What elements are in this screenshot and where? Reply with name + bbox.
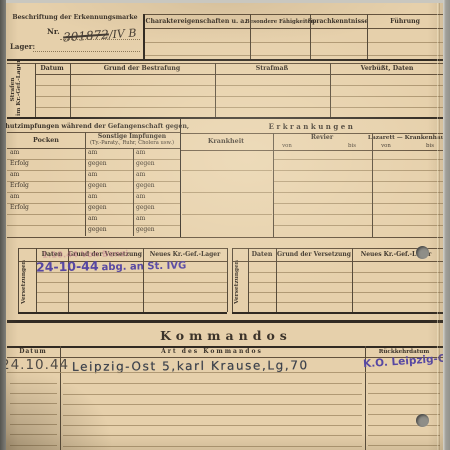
rule	[36, 292, 227, 293]
kommando-art-entry: Leipzig-Ost 5,karl Krause,Lg,70	[72, 358, 309, 374]
col-datum: Datum	[19, 349, 47, 356]
col-daten-right: Daten	[252, 252, 273, 259]
col-charakter: Charaktereigenschaften u. a.	[146, 19, 247, 26]
rule	[330, 63, 331, 117]
rule	[10, 403, 57, 404]
rule	[18, 248, 19, 312]
rule	[70, 63, 71, 117]
rule	[274, 203, 443, 204]
impfung-cell: am	[10, 150, 19, 157]
nr-handwritten-value: 301872/IV B	[62, 22, 136, 45]
rule	[10, 434, 57, 435]
impfung-cell: gegen	[136, 183, 155, 190]
punch-hole-bottom	[416, 414, 429, 427]
rule	[7, 63, 444, 64]
rule	[35, 96, 444, 97]
versetzungen-side-label-left: Versetzungen	[21, 253, 27, 311]
rule	[368, 425, 440, 426]
col-faehigkeiten: Besondere Fähigkeiten	[245, 19, 315, 25]
rule	[143, 14, 444, 15]
col-verbuesst: Verbüßt, Daten	[361, 66, 414, 73]
rule	[274, 214, 443, 215]
rule	[274, 159, 443, 160]
rule	[368, 383, 440, 384]
rule	[372, 133, 373, 237]
impfung-cell: am	[88, 194, 97, 201]
impfung-cell: Erfolg	[10, 205, 29, 212]
col-sonstige-sub: (Ty.-Paraty., Ruhr, Cholera usw.)	[90, 141, 174, 147]
col-grund-versetzung-right: Grund der Versetzung	[277, 252, 351, 259]
rule	[63, 394, 362, 395]
lazarett-von-label: von	[381, 143, 391, 149]
rule	[7, 170, 180, 171]
rule	[143, 28, 444, 29]
rule	[367, 14, 368, 59]
rule	[63, 425, 362, 426]
rule	[7, 237, 444, 239]
col-datum: Datum	[40, 66, 63, 73]
rule	[36, 282, 227, 283]
rule	[143, 42, 444, 43]
rule	[10, 393, 57, 394]
rule	[7, 148, 180, 149]
rule	[7, 181, 180, 182]
rule	[248, 272, 444, 273]
rule	[232, 312, 444, 314]
rule	[7, 225, 180, 226]
col-strafmass: Strafmaß	[256, 66, 289, 73]
rule	[180, 150, 444, 151]
rule	[368, 435, 440, 436]
impfung-cell: am	[88, 216, 97, 223]
revier-von-label: von	[282, 143, 292, 149]
rule	[273, 133, 274, 237]
rule	[63, 404, 362, 405]
rule	[7, 159, 180, 160]
scan-edge-left	[0, 0, 6, 450]
impfung-cell: am	[136, 194, 145, 201]
rule	[63, 446, 362, 447]
rule	[368, 393, 440, 394]
rule	[310, 14, 311, 59]
nr-label: Nr.	[47, 28, 60, 36]
impfungen-title: Schutzimpfungen während der Gefangenscha…	[0, 123, 189, 130]
rule	[7, 203, 180, 204]
rule	[143, 55, 444, 56]
col-krankheit: Krankheit	[208, 138, 244, 145]
rule	[352, 248, 353, 312]
impfung-cell: gegen	[88, 205, 107, 212]
impfung-cell: gegen	[88, 227, 107, 234]
rule	[7, 192, 180, 193]
col-art-kommandos: Art des Kommandos	[161, 349, 263, 356]
rule	[180, 119, 181, 237]
rule	[248, 302, 444, 303]
versetzungen-side-label-right: Versetzungen	[234, 253, 240, 311]
col-sprachen: Sprachkenntnisse	[308, 19, 368, 26]
rule	[63, 415, 362, 416]
erkrankungen-title: Erkrankungen	[269, 123, 356, 131]
rule	[180, 133, 444, 134]
rule	[10, 445, 57, 446]
impfung-cell: gegen	[88, 183, 107, 190]
col-fuehrung: Führung	[390, 19, 420, 26]
col-grund-bestrafung: Grund der Bestrafung	[104, 66, 180, 73]
rule	[133, 148, 134, 236]
rule	[182, 192, 272, 193]
rule	[60, 39, 140, 40]
impfung-cell: gegen	[136, 161, 155, 168]
impfung-cell: am	[10, 194, 19, 201]
lager-label: Lager:	[10, 43, 35, 51]
transfer-stamp: 24-10-44abg. an St. IVG	[36, 253, 187, 275]
rule	[274, 170, 443, 171]
rule	[63, 383, 362, 384]
rule	[182, 214, 272, 215]
section-divider	[7, 320, 443, 323]
impfung-cell: gegen	[136, 205, 155, 212]
rule	[182, 170, 272, 171]
rule	[232, 248, 444, 249]
scan-edge-top	[6, 0, 443, 3]
lazarett-bis-label: bis	[426, 143, 434, 149]
pow-record-card-scan: Beschriftung der Erkennungsmarke Nr. 301…	[0, 0, 450, 450]
scan-edge-right	[443, 0, 450, 450]
rule	[368, 414, 440, 415]
rule	[248, 292, 444, 293]
impfung-cell: am	[10, 172, 19, 179]
rule	[232, 261, 444, 262]
impfung-cell: am	[136, 216, 145, 223]
rule	[274, 181, 443, 182]
rule	[35, 63, 36, 117]
col-pocken: Pocken	[33, 137, 59, 144]
rule	[7, 117, 444, 119]
rule	[35, 74, 444, 75]
rule	[232, 248, 233, 312]
rule	[10, 424, 57, 425]
rule	[248, 282, 444, 283]
impfung-cell: am	[136, 172, 145, 179]
rule	[7, 132, 180, 133]
impfung-cell: am	[88, 150, 97, 157]
rule	[7, 59, 444, 61]
rule	[274, 225, 443, 226]
col-lazarett: Lazarett — Krankenhaus	[368, 135, 448, 141]
kommando-datum-entry: 24.10.44	[1, 357, 69, 373]
rule	[368, 445, 440, 446]
rule	[143, 14, 145, 59]
rule	[36, 302, 227, 303]
impfung-cell: Erfolg	[10, 161, 29, 168]
rule	[7, 346, 444, 348]
rule	[33, 51, 140, 52]
rule	[18, 312, 227, 314]
punch-hole-top	[416, 246, 429, 259]
strafen-side-label: Strafen im Kr.-Gef.-Lager	[10, 63, 23, 116]
rule	[10, 414, 57, 415]
rule	[10, 383, 57, 384]
impfung-cell: gegen	[88, 161, 107, 168]
col-revier: Revier	[311, 135, 333, 142]
impfung-cell: am	[88, 172, 97, 179]
rule	[85, 132, 86, 236]
rule	[274, 192, 443, 193]
rule	[35, 107, 444, 108]
rule	[7, 214, 180, 215]
impfung-cell: Erfolg	[10, 183, 29, 190]
rule	[7, 372, 444, 373]
rule	[250, 14, 251, 59]
kommandos-title: Kommandos	[160, 329, 292, 343]
impfung-cell: am	[136, 150, 145, 157]
rule	[35, 85, 444, 86]
rule	[227, 248, 228, 312]
rule	[215, 63, 216, 117]
rule	[276, 248, 277, 312]
revier-bis-label: bis	[348, 143, 356, 149]
impfung-cell: gegen	[136, 227, 155, 234]
rule	[63, 435, 362, 436]
rule	[368, 404, 440, 405]
rule	[248, 248, 249, 312]
